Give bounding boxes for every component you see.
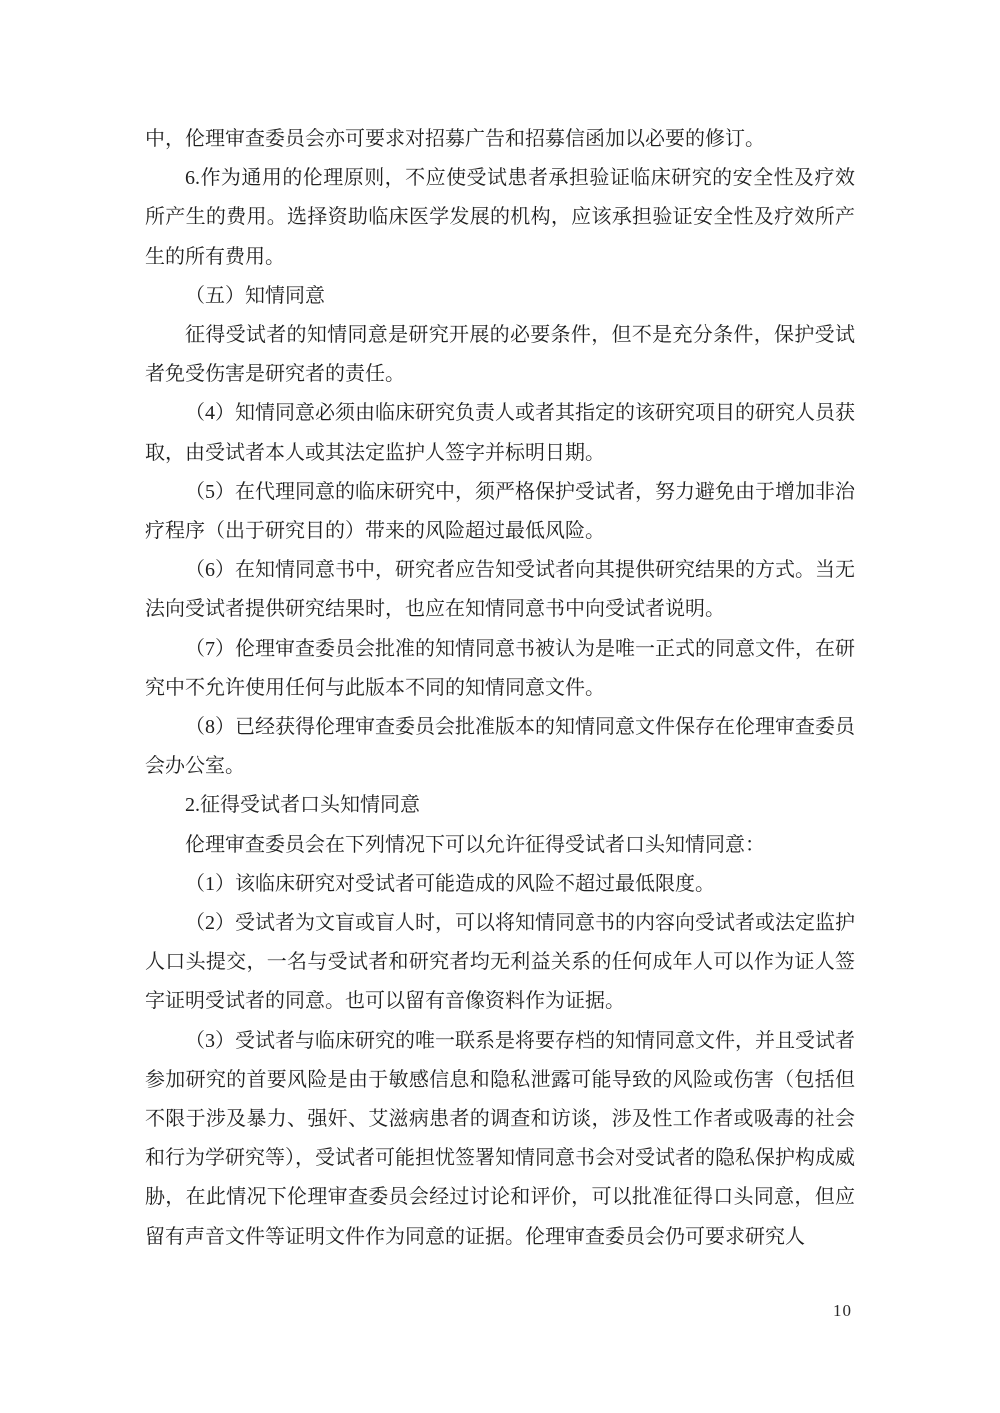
paragraph: 6.作为通用的伦理原则，不应使受试患者承担验证临床研究的安全性及疗效所产生的费用… bbox=[145, 159, 855, 277]
document-body: 中，伦理审查委员会亦可要求对招募广告和招募信函加以必要的修订。6.作为通用的伦理… bbox=[145, 120, 855, 1257]
paragraph: 征得受试者的知情同意是研究开展的必要条件，但不是充分条件，保护受试者免受伤害是研… bbox=[145, 316, 855, 394]
paragraph: （5）在代理同意的临床研究中，须严格保护受试者，努力避免由于增加非治疗程序（出于… bbox=[145, 473, 855, 551]
paragraph: 中，伦理审查委员会亦可要求对招募广告和招募信函加以必要的修订。 bbox=[145, 120, 855, 159]
page-number: 10 bbox=[833, 1301, 852, 1321]
paragraph: （1）该临床研究对受试者可能造成的风险不超过最低限度。 bbox=[145, 865, 855, 904]
paragraph: （五）知情同意 bbox=[145, 277, 855, 316]
paragraph: （3）受试者与临床研究的唯一联系是将要存档的知情同意文件，并且受试者参加研究的首… bbox=[145, 1022, 855, 1257]
paragraph: （8）已经获得伦理审查委员会批准版本的知情同意文件保存在伦理审查委员会办公室。 bbox=[145, 708, 855, 786]
paragraph: （6）在知情同意书中，研究者应告知受试者向其提供研究结果的方式。当无法向受试者提… bbox=[145, 551, 855, 629]
paragraph: （7）伦理审查委员会批准的知情同意书被认为是唯一正式的同意文件，在研究中不允许使… bbox=[145, 630, 855, 708]
paragraph: （2）受试者为文盲或盲人时，可以将知情同意书的内容向受试者或法定监护人口头提交，… bbox=[145, 904, 855, 1022]
paragraph: （4）知情同意必须由临床研究负责人或者其指定的该研究项目的研究人员获取，由受试者… bbox=[145, 394, 855, 472]
document-page: 中，伦理审查委员会亦可要求对招募广告和招募信函加以必要的修订。6.作为通用的伦理… bbox=[0, 0, 1000, 1413]
paragraph: 伦理审查委员会在下列情况下可以允许征得受试者口头知情同意： bbox=[145, 826, 855, 865]
paragraph: 2.征得受试者口头知情同意 bbox=[145, 786, 855, 825]
